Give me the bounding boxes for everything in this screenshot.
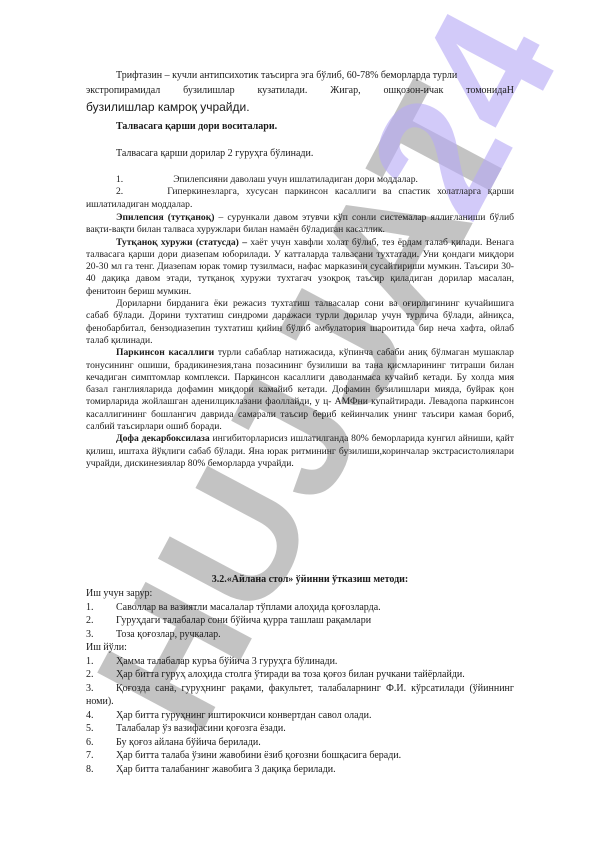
step-item-6: 6.Бу қоғоз айлана бўйича берилади. — [86, 736, 514, 750]
group-item-2: 2.Гиперкинезларга, хусусан паркинсон кас… — [86, 186, 514, 211]
paragraph-epilepsy: Эпилепсия (тутқаноқ) – сурункали давом э… — [86, 212, 514, 237]
intro-paragraph: Трифтазин – кучли антипсихотик таъсирга … — [86, 69, 514, 115]
item-number: 1. — [86, 601, 116, 615]
paragraph-status: Тутқаноқ хуружи (статусда) – хаёт учун х… — [86, 237, 514, 298]
paragraph-dopa: Дофа декарбоксилаза ингибиторларисиз ишл… — [86, 433, 514, 470]
document-page: HUJJAT 24 Трифтазин – кучли антипсихотик… — [0, 0, 596, 842]
item-number: 8. — [86, 763, 116, 777]
item-number: 2. — [86, 668, 116, 682]
step-item-8: 8.Ҳар битта талабанинг жавобига 3 дақиқа… — [86, 763, 514, 777]
item-number: 1. — [86, 655, 116, 669]
item-text: Қоғозда сана, гуруҳнинг рақами, факульте… — [86, 683, 514, 708]
method-section: Иш учун зарур: 1.Саволлар ва вазиятли ма… — [86, 587, 514, 776]
step-item-3: 3.Қоғозда сана, гуруҳнинг рақами, факуль… — [86, 682, 514, 709]
item-text: Тоза қоғозлар, ручкалар. — [116, 628, 221, 642]
group-item-text: Эпилепсияни даволаш учун ишлатиладиган д… — [173, 174, 418, 185]
term-dopa: Дофа декарбоксилаза — [116, 433, 210, 444]
item-text: Саволлар ва вазиятли масалалар тўплами а… — [116, 601, 381, 615]
item-text: Ҳамма талабалар куръа бўйича 3 гуруҳга б… — [116, 655, 337, 669]
group-item-number: 2. — [86, 186, 123, 197]
item-number: 2. — [86, 614, 116, 628]
item-text: Ҳар битта талабанинг жавобига 3 дақиқа б… — [116, 763, 336, 777]
item-number: 6. — [86, 736, 116, 750]
required-item-1: 1.Саволлар ва вазиятли масалалар тўплами… — [86, 601, 514, 615]
groups-list: 1.Эпилепсияни даволаш учун ишлатиладиган… — [86, 174, 514, 211]
step-item-7: 7.Ҳар битта талаба ўзини жавобини ёзиб қ… — [86, 749, 514, 763]
group-item-1: 1.Эпилепсияни даволаш учун ишлатиладиган… — [86, 174, 514, 186]
item-text: Бу қоғоз айлана бўйича берилади. — [116, 736, 261, 750]
section-title: Талвасага қарши дори воситалари. — [86, 121, 514, 133]
group-item-text: Гиперкинезларга, хусусан паркинсон касал… — [86, 186, 514, 209]
term-epilepsy: Эпилепсия (тутқаноқ) — [116, 212, 214, 223]
step-item-5: 5.Талабалар ўз вазифасини қоғозга ёзади. — [86, 722, 514, 736]
item-text: Ҳар битта гуруҳнинг иштирокчиси конвертд… — [116, 709, 371, 723]
method-title: 3.2.«Айлана стол» ўйинни ўтказиш методи: — [86, 574, 514, 586]
required-item-2: 2.Гуруҳдаги талабалар сони бўйича қурра … — [86, 614, 514, 628]
step-item-1: 1.Ҳамма талабалар куръа бўйича 3 гуруҳга… — [86, 655, 514, 669]
group-item-number: 1. — [116, 174, 123, 185]
intro-line-2: экстропирамидал бузилишлар кузатилади. Ж… — [86, 82, 514, 99]
intro-line-1: Трифтазин – кучли антипсихотик таъсирга … — [86, 69, 514, 82]
term-status: Тутқаноқ хуружи (статусда) – — [116, 237, 247, 248]
groups-intro: Талвасага қарши дорилар 2 гуруҳга бўлина… — [86, 148, 514, 160]
term-parkinson: Паркинсон касаллиги — [116, 347, 214, 358]
item-text: Ҳар битта гуруҳ алоҳида столга ўтиради в… — [116, 668, 465, 682]
step-item-4: 4.Ҳар битта гуруҳнинг иштирокчиси конвер… — [86, 709, 514, 723]
paragraph-text: турли сабаблар натижасида, кўпинча сабаб… — [86, 347, 514, 432]
paragraph-withdrawal: Дориларни бирданига ёки режасиз тухтатиш… — [86, 298, 514, 347]
step-item-2: 2.Ҳар битта гуруҳ алоҳида столга ўтиради… — [86, 668, 514, 682]
steps-label: Иш йўли: — [86, 641, 514, 655]
body-paragraphs: Эпилепсия (тутқаноқ) – сурункали давом э… — [86, 212, 514, 470]
item-number: 3. — [86, 682, 116, 696]
required-label: Иш учун зарур: — [86, 587, 514, 601]
paragraph-text: Дориларни бирданига ёки режасиз тухтатиш… — [86, 298, 514, 346]
item-text: Талабалар ўз вазифасини қоғозга ёзади. — [116, 722, 286, 736]
paragraph-parkinson: Паркинсон касаллиги турли сабаблар натиж… — [86, 347, 514, 433]
item-number: 4. — [86, 709, 116, 723]
intro-line-3: бузилишлар камроқ учрайди. — [86, 99, 514, 115]
required-item-3: 3.Тоза қоғозлар, ручкалар. — [86, 628, 514, 642]
item-number: 3. — [86, 628, 116, 642]
item-number: 7. — [86, 749, 116, 763]
item-text: Гуруҳдаги талабалар сони бўйича қурра та… — [116, 614, 371, 628]
item-number: 5. — [86, 722, 116, 736]
item-text: Ҳар битта талаба ўзини жавобини ёзиб қоғ… — [116, 749, 401, 763]
